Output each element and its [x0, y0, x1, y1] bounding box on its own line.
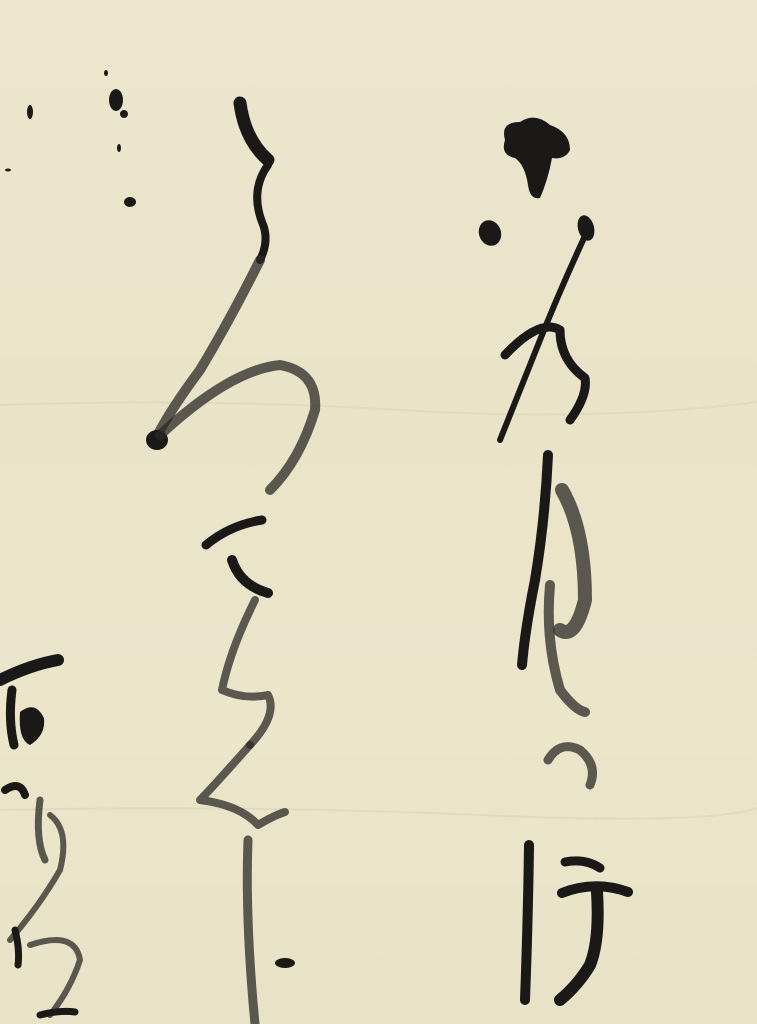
left-column — [0, 660, 80, 1015]
right-column — [475, 118, 628, 1000]
calligraphy-strokes — [0, 0, 757, 1024]
calligraphy-paper: Japanese calligraphy (kana script) on pa… — [0, 0, 757, 1024]
ink-splatter — [5, 70, 136, 207]
center-column — [146, 103, 315, 1024]
